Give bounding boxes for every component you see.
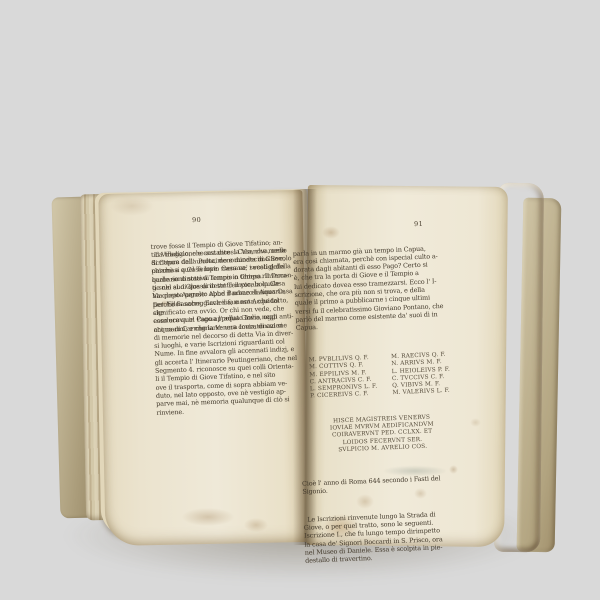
right-paragraph-3: Le Iscrizioni rinvenute lungo la Strada …	[303, 509, 469, 565]
right-page-text: parla in un marmo già un tempo in Capua,…	[292, 226, 470, 581]
left-page-text: trove fosse il Tempio di Giove Tifatino;…	[150, 221, 299, 259]
right-paragraph-1: parla in un marmo già un tempo in Capua,…	[293, 243, 460, 332]
latin-inscription: M. PVBLILIVS Q. F. M. COTTIVS Q. F. M. E…	[297, 351, 463, 401]
left-paragraph-2: Il Villaggio, che ora dicesi Casanova, n…	[151, 246, 295, 334]
inscription-right-column: M. RAECIVS Q. F. N. ARRIVS M. F. L. HEIO…	[391, 352, 451, 398]
inscription-left-column: M. PVBLILIVS Q. F. M. COTTIVS Q. F. M. E…	[309, 355, 378, 401]
photo-background: 90 91 trove fosse il Tempio di Giove Tif…	[0, 0, 600, 600]
right-paragraph-2: Cioè l' anno di Roma 644 secondo i Fasti…	[302, 473, 467, 496]
left-page-number: 90	[192, 216, 201, 224]
inscription-centered-lines: HISCE MAGISTREIS VENERVS IOVIAE MVRVM AE…	[300, 413, 465, 456]
